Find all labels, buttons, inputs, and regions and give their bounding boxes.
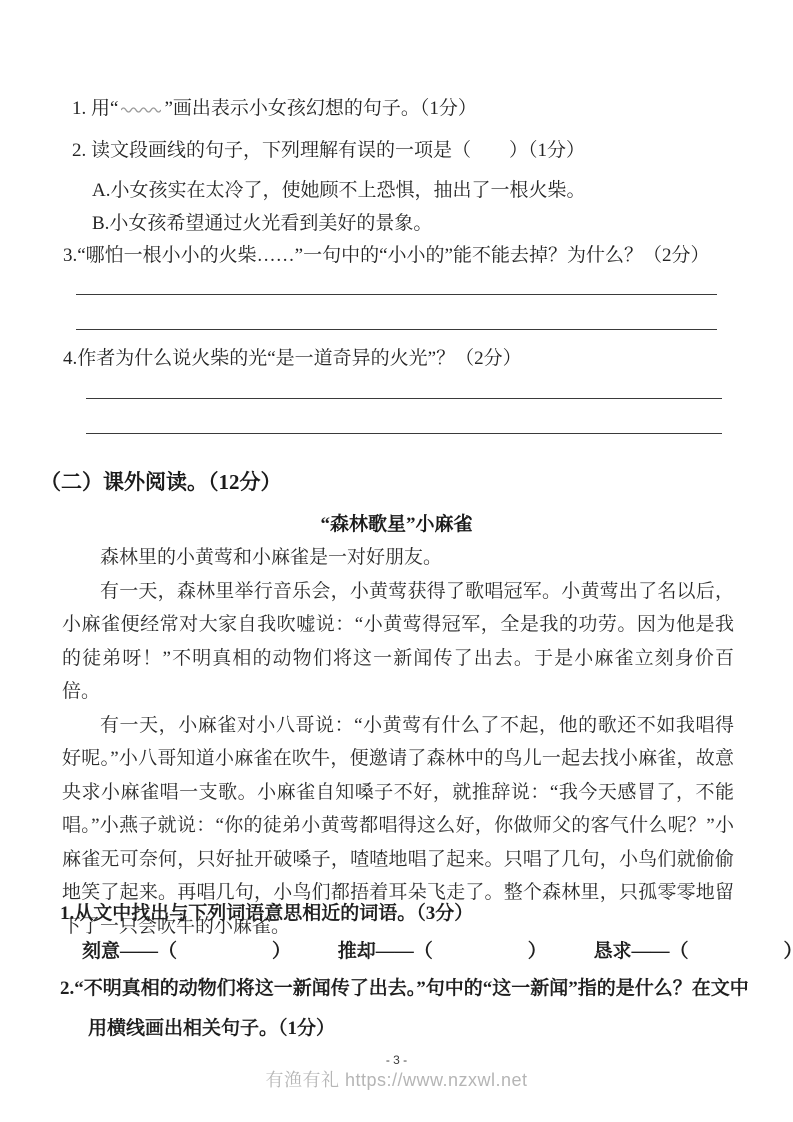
part1-question-4: 4.作者为什么说火柴的光“是一道奇异的火光”？（2分） <box>63 346 522 372</box>
passage-title: “森林歌星”小麻雀 <box>0 509 793 536</box>
part2-heading: （二）课外阅读。（12分） <box>40 466 282 496</box>
reading-passage: 森林里的小黄莺和小麻雀是一对好朋友。 有一天，森林里举行音乐会，小黄莺获得了歌唱… <box>62 541 734 943</box>
part1-question-1: 1. 用“”画出表示小女孩幻想的句子。（1分） <box>72 96 477 124</box>
synonym-item-keyi: 刻意——（ ） <box>82 941 291 962</box>
part1-question-1-suffix: ”画出表示小女孩幻想的句子。（1分） <box>164 98 476 119</box>
passage-paragraph-1: 森林里的小黄莺和小麻雀是一对好朋友。 <box>62 541 734 575</box>
part2-question-2-line1: 2.“不明真相的动物们将这一新闻传了出去。”句中的“这一新闻”指的是什么？在文中 <box>60 976 749 1002</box>
option-b: B.小女孩希望通过火光看到美好的景象。 <box>92 211 432 237</box>
answer-line-q4-2 <box>86 433 722 434</box>
test-paper-page: 1. 用“”画出表示小女孩幻想的句子。（1分） 2. 读文段画线的句子，下列理解… <box>0 0 793 1122</box>
part1-question-3: 3.“哪怕一根小小的火柴……”一句中的“小小的”能不能去掉？为什么？（2分） <box>63 243 709 269</box>
synonym-item-kenqiu: 恳求——（ ） <box>594 941 793 962</box>
synonym-item-tuique: 推却——（ ） <box>338 941 547 962</box>
site-watermark: 有渔有礼 https://www.nzxwl.net <box>0 1066 793 1092</box>
part2-question-1: 1.从文中找出与下列词语意思相近的词语。（3分） <box>60 901 473 927</box>
option-a: A.小女孩实在太冷了，使她顾不上恐惧，抽出了一根火柴。 <box>92 178 585 204</box>
answer-line-q3-1 <box>76 294 717 295</box>
part1-question-1-prefix: 1. 用“ <box>72 98 118 119</box>
passage-paragraph-2: 有一天，森林里举行音乐会，小黄莺获得了歌唱冠军。小黄莺出了名以后，小麻雀便经常对… <box>62 575 734 709</box>
answer-line-q4-1 <box>86 398 722 399</box>
page-number: - 3 - <box>0 1053 793 1067</box>
synonym-row: 刻意——（ ） 推却——（ ） 恳求——（ ） <box>82 936 793 963</box>
part1-question-2: 2. 读文段画线的句子，下列理解有误的一项是（ ）（1分） <box>72 138 585 164</box>
wavy-line-blank <box>121 96 161 122</box>
part2-question-2-line2: 用横线画出相关句子。（1分） <box>88 1016 335 1042</box>
answer-line-q3-2 <box>76 329 717 330</box>
